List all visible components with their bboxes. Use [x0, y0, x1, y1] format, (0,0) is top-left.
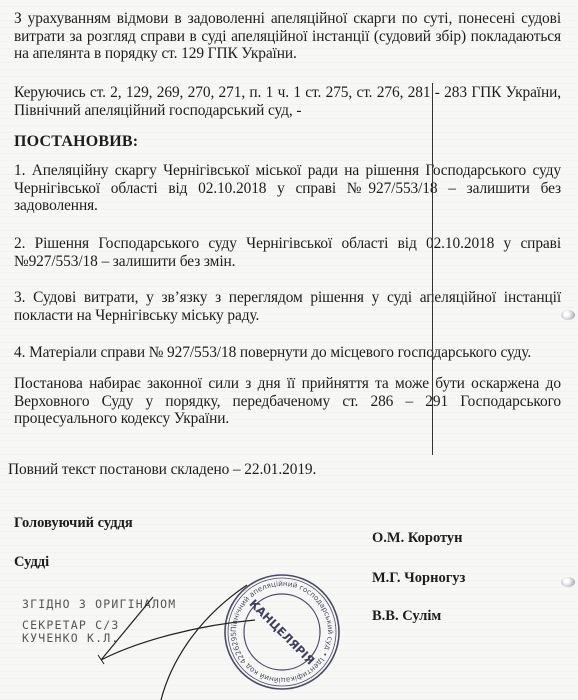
judge-name-1: М.Г. Чорногуз: [372, 570, 465, 587]
full-text-date: Повний текст постанови складено – 22.01.…: [8, 461, 555, 479]
ruling-item-1: 1. Апеляційну скаргу Чернігівської міськ…: [14, 162, 561, 215]
stamp-center-text: КАНЦЕЛЯРІЯ: [246, 596, 317, 667]
certification-line-3: КУЧЕНКО К.Л.: [22, 632, 119, 645]
effect-clause: Постанова набирає законної сили з дня її…: [14, 375, 561, 428]
guided-by-paragraph: Керуючись ст. 2, 129, 269, 270, 271, п. …: [14, 84, 561, 119]
presiding-judge-label: Головуючий суддя: [14, 515, 133, 532]
certification-line-1: ЗГІДНО З ОРИГІНАЛОМ: [22, 598, 176, 611]
costs-paragraph: З урахуванням відмови в задоволенні апел…: [14, 10, 561, 63]
judges-label: Судді: [14, 554, 49, 571]
judge-name-2: В.В. Сулім: [372, 608, 441, 625]
scan-artifact-icon: [561, 577, 575, 587]
office-stamp-icon: Північний апеляційний господарський суд …: [222, 572, 342, 692]
scan-artifact-icon: [561, 310, 575, 320]
ruling-item-3: 3. Судові витрати, у зв’язку з переглядо…: [14, 289, 561, 324]
scanned-document-page: З урахуванням відмови в задоволенні апел…: [0, 0, 578, 700]
vertical-pen-line: [432, 83, 433, 455]
ruling-heading: ПОСТАНОВИВ:: [14, 133, 138, 151]
presiding-judge-name: О.М. Коротун: [372, 530, 463, 547]
ruling-item-4: 4. Матеріали справи № 927/553/18 поверну…: [14, 344, 561, 362]
ruling-item-2: 2. Рішення Господарського суду Чернігівс…: [14, 235, 561, 270]
